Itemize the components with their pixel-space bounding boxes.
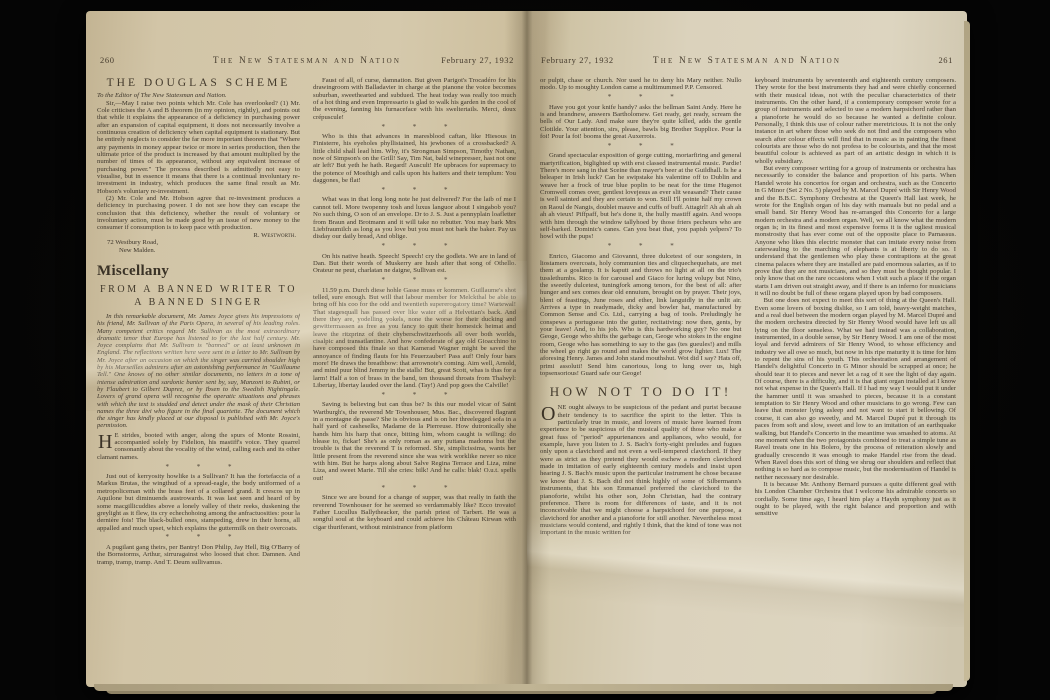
article-title-line: FROM A BANNED WRITER TO bbox=[97, 283, 300, 296]
letter-address-line: New Malden. bbox=[97, 247, 300, 254]
right-page-column-2: keyboard instruments by seventeenth and … bbox=[755, 77, 957, 669]
right-page: February 27, 1932 The New Statesman and … bbox=[527, 11, 967, 687]
paragraph-text: NE ought always to be suspicious of the … bbox=[540, 404, 742, 536]
editorial-intro: In this remarkable document, Mr. James J… bbox=[97, 313, 300, 430]
left-page-columns: THE DOUGLAS SCHEME To the Editor of The … bbox=[97, 77, 516, 669]
article-paragraph: Who is this that advances in maresblood … bbox=[313, 133, 516, 184]
article-heading-how-not-to-do-it: HOW NOT TO DO IT! bbox=[540, 384, 742, 400]
right-page-date: February 27, 1932 bbox=[541, 55, 629, 65]
section-heading-miscellany: Miscellany bbox=[97, 263, 300, 280]
left-page-header: 260 The New Statesman and Nation Februar… bbox=[100, 55, 514, 66]
article-title: FROM A BANNED WRITER TO A BANNED SINGER bbox=[97, 283, 300, 309]
magazine-spread: 260 The New Statesman and Nation Februar… bbox=[86, 11, 967, 687]
article-paragraph: Since we are bound for a change of suppe… bbox=[313, 494, 516, 531]
stars-separator: * * * bbox=[97, 463, 300, 472]
article-paragraph: Saving is believing but can thus be? Is … bbox=[313, 401, 516, 482]
article-paragraph: It is because Mr. Anthony Bernard pursue… bbox=[755, 481, 957, 518]
article-paragraph: 11.59 p.m. Durch diese hohle Gasse muss … bbox=[313, 287, 516, 390]
article-paragraph: But one does not expect to meet this sor… bbox=[755, 297, 957, 481]
right-page-header: February 27, 1932 The New Statesman and … bbox=[541, 55, 953, 66]
paragraph-text: E strides, booted with anger, along the … bbox=[97, 432, 300, 461]
left-page-date: February 27, 1932 bbox=[426, 55, 514, 65]
masthead-left: The New Statesman and Nation bbox=[188, 56, 426, 66]
stars-separator: * * * bbox=[313, 123, 516, 132]
stars-separator: * * * bbox=[313, 484, 516, 493]
article-paragraph: Grand spectacular exposition of gorge cu… bbox=[540, 152, 742, 240]
article-paragraph: ONE ought always to be suspicious of the… bbox=[540, 404, 742, 536]
right-page-number: 261 bbox=[865, 55, 953, 65]
stars-separator: * * * bbox=[540, 93, 742, 102]
letter-paragraph: Sir,—May I raise two points which Mr. Co… bbox=[97, 100, 300, 195]
right-page-column-1: or pulpit, chase or church. Nor used he … bbox=[540, 77, 742, 669]
stars-separator: * * * bbox=[313, 242, 516, 251]
letter-address-line: 72 Westbury Road, bbox=[97, 239, 300, 246]
letter-heading: THE DOUGLAS SCHEME bbox=[97, 77, 300, 89]
letter-salutation: To the Editor of The New Statesman and N… bbox=[97, 92, 300, 100]
article-paragraph: Enrico, Giacomo and Giovanni, three dulc… bbox=[540, 253, 742, 378]
left-page-column-2: Faust of all, of curse, damnation. But g… bbox=[313, 77, 516, 669]
article-title-line: A BANNED SINGER bbox=[97, 296, 300, 309]
article-paragraph: Just out of kerryosity howlike is a Sull… bbox=[97, 473, 300, 532]
article-paragraph: Faust of all, of curse, damnation. But g… bbox=[313, 77, 516, 121]
left-page-column-1: THE DOUGLAS SCHEME To the Editor of The … bbox=[97, 77, 300, 669]
stars-separator: * * * bbox=[313, 186, 516, 195]
stars-separator: * * * bbox=[313, 276, 516, 285]
stars-separator: * * * bbox=[313, 391, 516, 400]
article-paragraph: On his native heath. Speech! Speech! cry… bbox=[313, 253, 516, 275]
masthead-right: The New Statesman and Nation bbox=[629, 56, 865, 66]
dropcap-letter: O bbox=[540, 404, 557, 423]
article-paragraph: HE strides, booted with anger, along the… bbox=[97, 432, 300, 461]
letter-signature: R. Westworth. bbox=[97, 232, 300, 240]
article-paragraph: Have you got your knife handy? asks the … bbox=[540, 104, 742, 141]
letter-paragraph: (2) Mr. Cole and Mr. Hobson agree that r… bbox=[97, 195, 300, 232]
article-paragraph: or pulpit, chase or church. Nor used he … bbox=[540, 77, 742, 92]
article-paragraph: But every composer writing for a group o… bbox=[755, 165, 957, 297]
left-page-number: 260 bbox=[100, 55, 188, 65]
page-edge bbox=[106, 688, 937, 694]
right-page-columns: or pulpit, chase or church. Nor used he … bbox=[540, 77, 956, 669]
article-paragraph: keyboard instruments by seventeenth and … bbox=[755, 77, 957, 165]
dropcap-letter: H bbox=[97, 432, 114, 451]
stars-separator: * * * bbox=[540, 242, 742, 251]
left-page: 260 The New Statesman and Nation Februar… bbox=[86, 11, 527, 687]
article-paragraph: What was in that long long note he just … bbox=[313, 196, 516, 240]
photo-background: 260 The New Statesman and Nation Februar… bbox=[0, 0, 1050, 700]
stars-separator: * * * bbox=[97, 533, 300, 542]
stars-separator: * * * bbox=[540, 142, 742, 151]
article-paragraph: A pugilant gang theirs, per Bantry! Don … bbox=[97, 544, 300, 566]
